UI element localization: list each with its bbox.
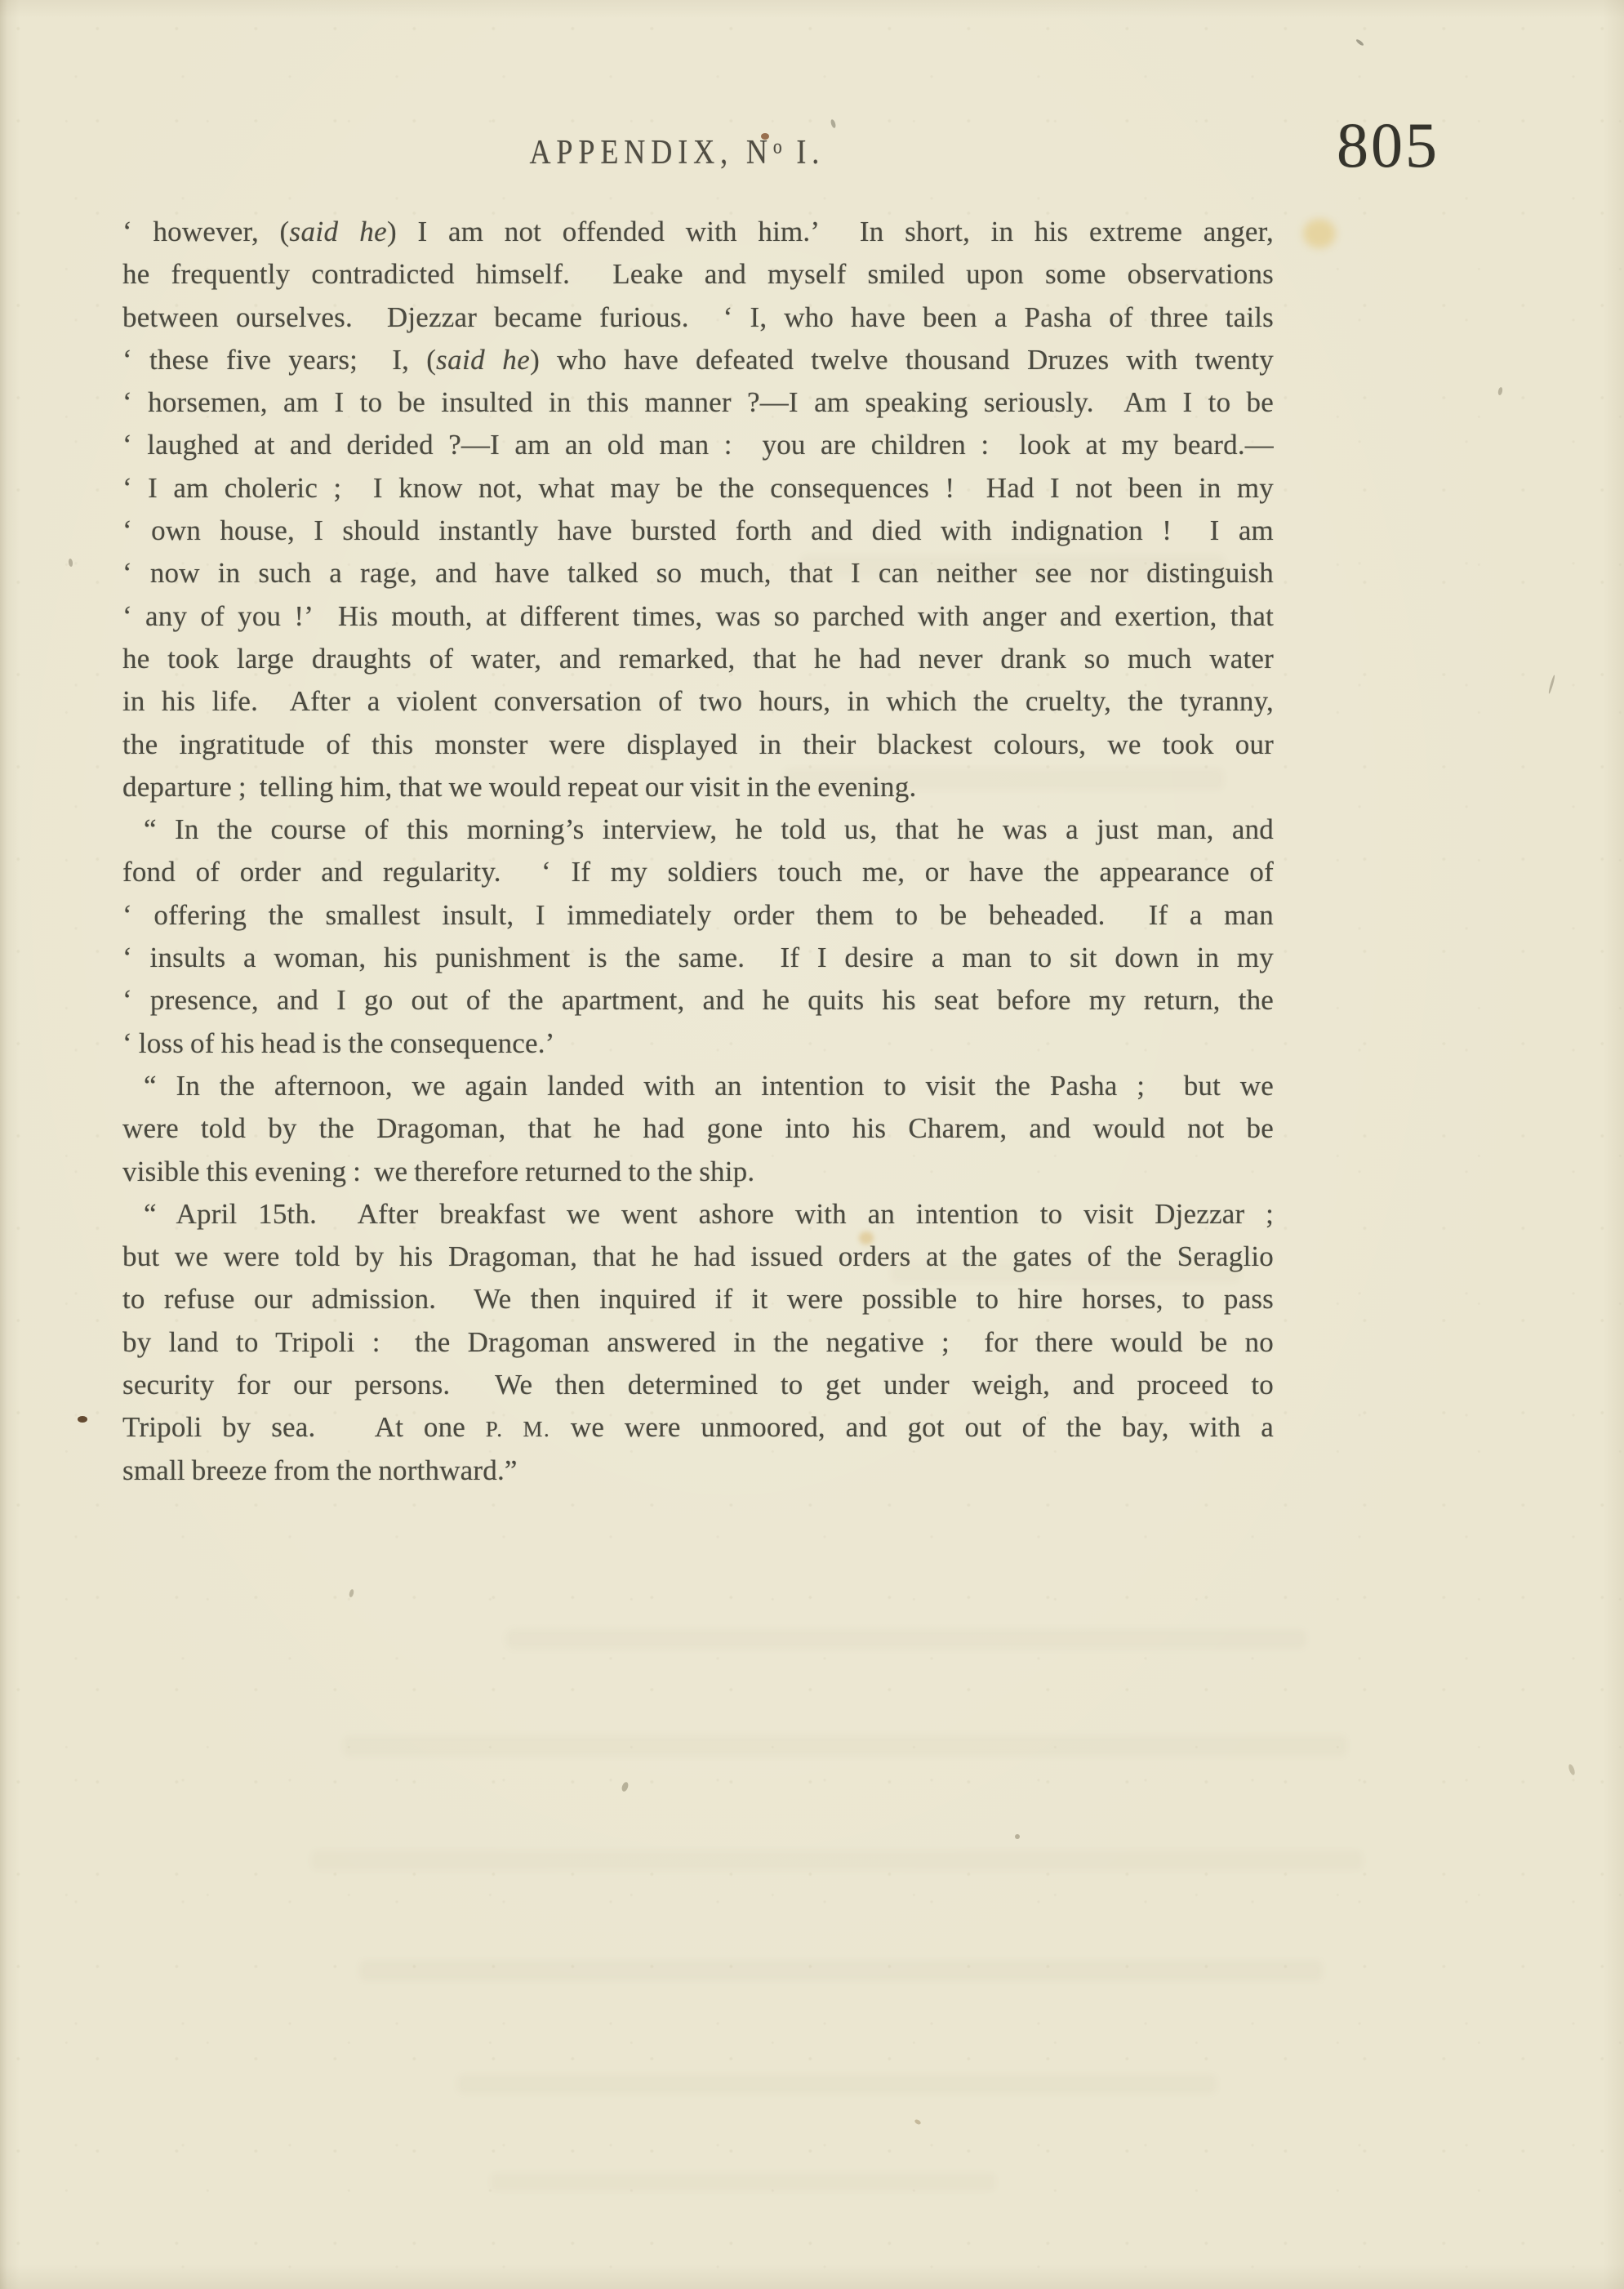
text-line: ‘ offering the smallest insult, I immedi…: [122, 894, 1274, 937]
text-line: departure ; telling him, that we would r…: [122, 766, 1274, 808]
text-line: in his life. After a violent conversatio…: [122, 680, 1274, 723]
paper-speck: [1568, 1763, 1576, 1775]
paper-speck: [914, 2118, 921, 2125]
paper-speck: [1548, 675, 1555, 694]
text-line: he frequently contradicted himself. Leak…: [122, 253, 1274, 296]
paper-speck: [1355, 38, 1364, 47]
text-line: between ourselves. Djezzar became furiou…: [122, 296, 1274, 339]
paper-speck: [1015, 1834, 1020, 1839]
text-line: ‘ own house, I should instantly have bur…: [122, 510, 1274, 552]
text-line: ‘ I am choleric ; I know not, what may b…: [122, 467, 1274, 510]
text-line: ‘ now in such a rage, and have talked so…: [122, 552, 1274, 595]
text-line: visible this evening : we therefore retu…: [122, 1151, 1274, 1193]
text-line: were told by the Dragoman, that he had g…: [122, 1107, 1274, 1150]
text-line: security for our persons. We then determ…: [122, 1364, 1274, 1406]
text-line: “ April 15th. After breakfast we went as…: [122, 1193, 1274, 1236]
show-through-ghost: [359, 1960, 1323, 1981]
text-line: by land to Tripoli : the Dragoman answer…: [122, 1321, 1274, 1364]
page-title: APPENDIX, No I.: [529, 133, 825, 172]
text-line: to refuse our admission. We then inquire…: [122, 1278, 1274, 1320]
book-page: APPENDIX, No I. 805 ‘ however, (said he)…: [0, 0, 1624, 2289]
text-line: Tripoli by sea. At one P. M. we were unm…: [122, 1406, 1274, 1449]
show-through-ghost: [506, 1629, 1306, 1649]
page-header: APPENDIX, No I.: [122, 133, 1274, 172]
text-line: “ In the course of this morning’s interv…: [122, 808, 1274, 851]
ink-speck: [78, 1416, 87, 1423]
text-line: but we were told by his Dragoman, that h…: [122, 1236, 1274, 1278]
text-line: ‘ laughed at and derided ?—I am an old m…: [122, 424, 1274, 466]
text-line: ‘ these five years; I, (said he) who hav…: [122, 339, 1274, 381]
text-line: ‘ loss of his head is the consequence.’: [122, 1022, 1274, 1065]
text-line: he took large draughts of water, and rem…: [122, 638, 1274, 680]
text-line: ‘ horsemen, am I to be insulted in this …: [122, 381, 1274, 424]
yellow-stain: [1303, 219, 1336, 248]
text-line: ‘ any of you !’ His mouth, at different …: [122, 595, 1274, 638]
show-through-ghost: [457, 2074, 1217, 2094]
paper-speck: [349, 1589, 354, 1598]
text-line: ‘ insults a woman, his punishment is the…: [122, 937, 1274, 979]
paper-speck: [1497, 387, 1503, 396]
page-number: 805: [1337, 109, 1439, 182]
text-block: ‘ however, (said he) I am not offended w…: [122, 211, 1274, 1492]
paper-speck: [68, 559, 73, 568]
text-line: “ In the afternoon, we again landed with…: [122, 1065, 1274, 1107]
text-line: small breeze from the northward.”: [122, 1450, 1274, 1492]
show-through-ghost: [343, 1735, 1347, 1757]
text-line: ‘ presence, and I go out of the apartmen…: [122, 979, 1274, 1022]
show-through-ghost: [490, 2172, 996, 2192]
text-line: fond of order and regularity. ‘ If my so…: [122, 851, 1274, 893]
paper-speck: [830, 118, 836, 128]
show-through-ghost: [310, 1850, 1364, 1871]
text-line: ‘ however, (said he) I am not offended w…: [122, 211, 1274, 253]
paper-speck: [621, 1781, 630, 1792]
text-line: the ingratitude of this monster were dis…: [122, 724, 1274, 766]
